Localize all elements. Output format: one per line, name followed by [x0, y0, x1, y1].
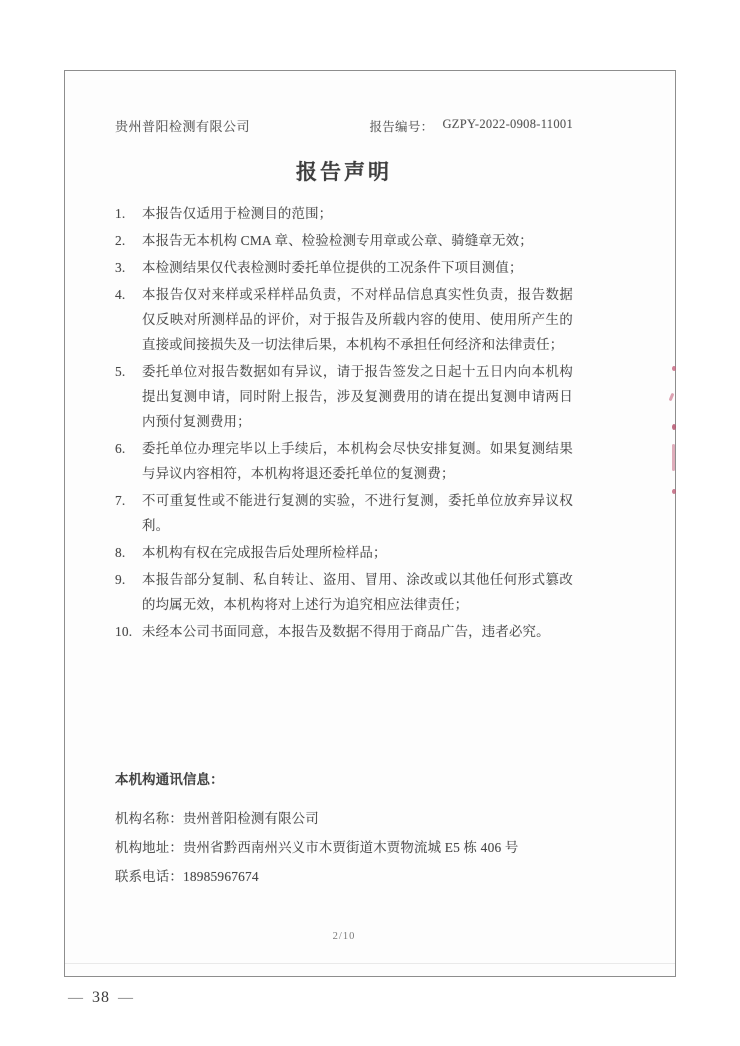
folio-dash-right: — — [118, 990, 134, 1007]
statement-number: 10. — [115, 619, 132, 644]
contact-row-address: 机构地址：贵州省黔西南州兴义市木贾街道木贾物流城 E5 栋 406 号 — [115, 833, 573, 862]
statement-item-1: 1. 本报告仅适用于检测目的范围； — [115, 201, 573, 226]
statement-item-2: 2. 本报告无本机构 CMA 章、检验检测专用章或公章、骑缝章无效； — [115, 228, 573, 253]
statement-item-7: 7. 不可重复性或不能进行复测的实验，不进行复测，委托单位放弃异议权利。 — [115, 488, 573, 538]
statement-number: 2. — [115, 228, 125, 253]
report-number-label: 报告编号： — [369, 117, 433, 135]
statement-number: 1. — [115, 201, 125, 226]
statement-number: 5. — [115, 359, 125, 384]
statement-text: 本报告无本机构 CMA 章、检验检测专用章或公章、骑缝章无效； — [142, 233, 533, 248]
statement-text: 本报告仅适用于检测目的范围； — [142, 206, 332, 221]
statement-text: 本机构有权在完成报告后处理所检样品； — [142, 545, 387, 560]
report-page: 贵州普阳检测有限公司 报告编号： GZPY-2022-0908-11001 报告… — [64, 70, 676, 977]
contact-row-phone: 联系电话：18985967674 — [115, 862, 573, 891]
contact-address-label: 机构地址： — [115, 840, 183, 855]
statement-item-3: 3. 本检测结果仅代表检测时委托单位提供的工况条件下项目测值； — [115, 255, 573, 280]
contact-name-label: 机构名称： — [115, 811, 183, 826]
statement-item-8: 8. 本机构有权在完成报告后处理所检样品； — [115, 540, 573, 565]
statement-text: 本报告仅对来样或采样样品负责，不对样品信息真实性负责，报告数据仅反映对所测样品的… — [142, 287, 573, 352]
page-title: 报告声明 — [115, 156, 573, 186]
page-number: 2/10 — [115, 931, 573, 942]
report-number-value: GZPY-2022-0908-11001 — [442, 117, 573, 135]
statement-text: 委托单位办理完毕以上手续后，本机构会尽快安排复测。如果复测结果与异议内容相符，本… — [142, 441, 573, 481]
report-number-group: 报告编号： GZPY-2022-0908-11001 — [369, 117, 573, 135]
company-name: 贵州普阳检测有限公司 — [115, 116, 250, 135]
statement-text: 委托单位对报告数据如有异议，请于报告签发之日起十五日内向本机构提出复测申请，同时… — [142, 364, 573, 429]
contact-heading: 本机构通讯信息： — [115, 769, 573, 788]
statement-list: 1. 本报告仅适用于检测目的范围； 2. 本报告无本机构 CMA 章、检验检测专… — [115, 201, 573, 644]
contact-name-value: 贵州普阳检测有限公司 — [183, 811, 319, 826]
statement-item-10: 10. 未经本公司书面同意，本报告及数据不得用于商品广告，违者必究。 — [115, 619, 573, 644]
statement-item-4: 4. 本报告仅对来样或采样样品负责，不对样品信息真实性负责，报告数据仅反映对所测… — [115, 282, 573, 357]
scan-artifact-line — [65, 963, 675, 964]
page-content-column: 贵州普阳检测有限公司 报告编号： GZPY-2022-0908-11001 报告… — [115, 71, 573, 891]
statement-text: 未经本公司书面同意，本报告及数据不得用于商品广告，违者必究。 — [142, 624, 550, 639]
contact-phone-value: 18985967674 — [183, 869, 259, 884]
folio-page-number: 38 — [92, 989, 110, 1007]
statement-number: 6. — [115, 436, 125, 461]
statement-item-6: 6. 委托单位办理完毕以上手续后，本机构会尽快安排复测。如果复测结果与异议内容相… — [115, 436, 573, 486]
statement-text: 本报告部分复制、私自转让、盗用、冒用、涂改或以其他任何形式篡改的均属无效，本机构… — [142, 572, 573, 612]
statement-number: 9. — [115, 567, 125, 592]
book-folio-number: — 38 — — [68, 989, 134, 1007]
contact-phone-label: 联系电话： — [115, 869, 183, 884]
folio-dash-left: — — [68, 990, 84, 1007]
statement-item-5: 5. 委托单位对报告数据如有异议，请于报告签发之日起十五日内向本机构提出复测申请… — [115, 359, 573, 434]
statement-item-9: 9. 本报告部分复制、私自转让、盗用、冒用、涂改或以其他任何形式篡改的均属无效，… — [115, 567, 573, 617]
statement-number: 7. — [115, 488, 125, 513]
contact-row-name: 机构名称：贵州普阳检测有限公司 — [115, 804, 573, 833]
contact-address-value: 贵州省黔西南州兴义市木贾街道木贾物流城 E5 栋 406 号 — [183, 840, 519, 855]
statement-number: 8. — [115, 540, 125, 565]
page-header: 贵州普阳检测有限公司 报告编号： GZPY-2022-0908-11001 — [115, 116, 573, 135]
statement-number: 3. — [115, 255, 125, 280]
statement-number: 4. — [115, 282, 125, 307]
scanned-document-canvas: 贵州普阳检测有限公司 报告编号： GZPY-2022-0908-11001 报告… — [0, 0, 740, 1046]
statement-text: 本检测结果仅代表检测时委托单位提供的工况条件下项目测值； — [142, 260, 523, 275]
contact-info-block: 本机构通讯信息： 机构名称：贵州普阳检测有限公司 机构地址：贵州省黔西南州兴义市… — [115, 769, 573, 891]
statement-text: 不可重复性或不能进行复测的实验，不进行复测，委托单位放弃异议权利。 — [142, 493, 573, 533]
